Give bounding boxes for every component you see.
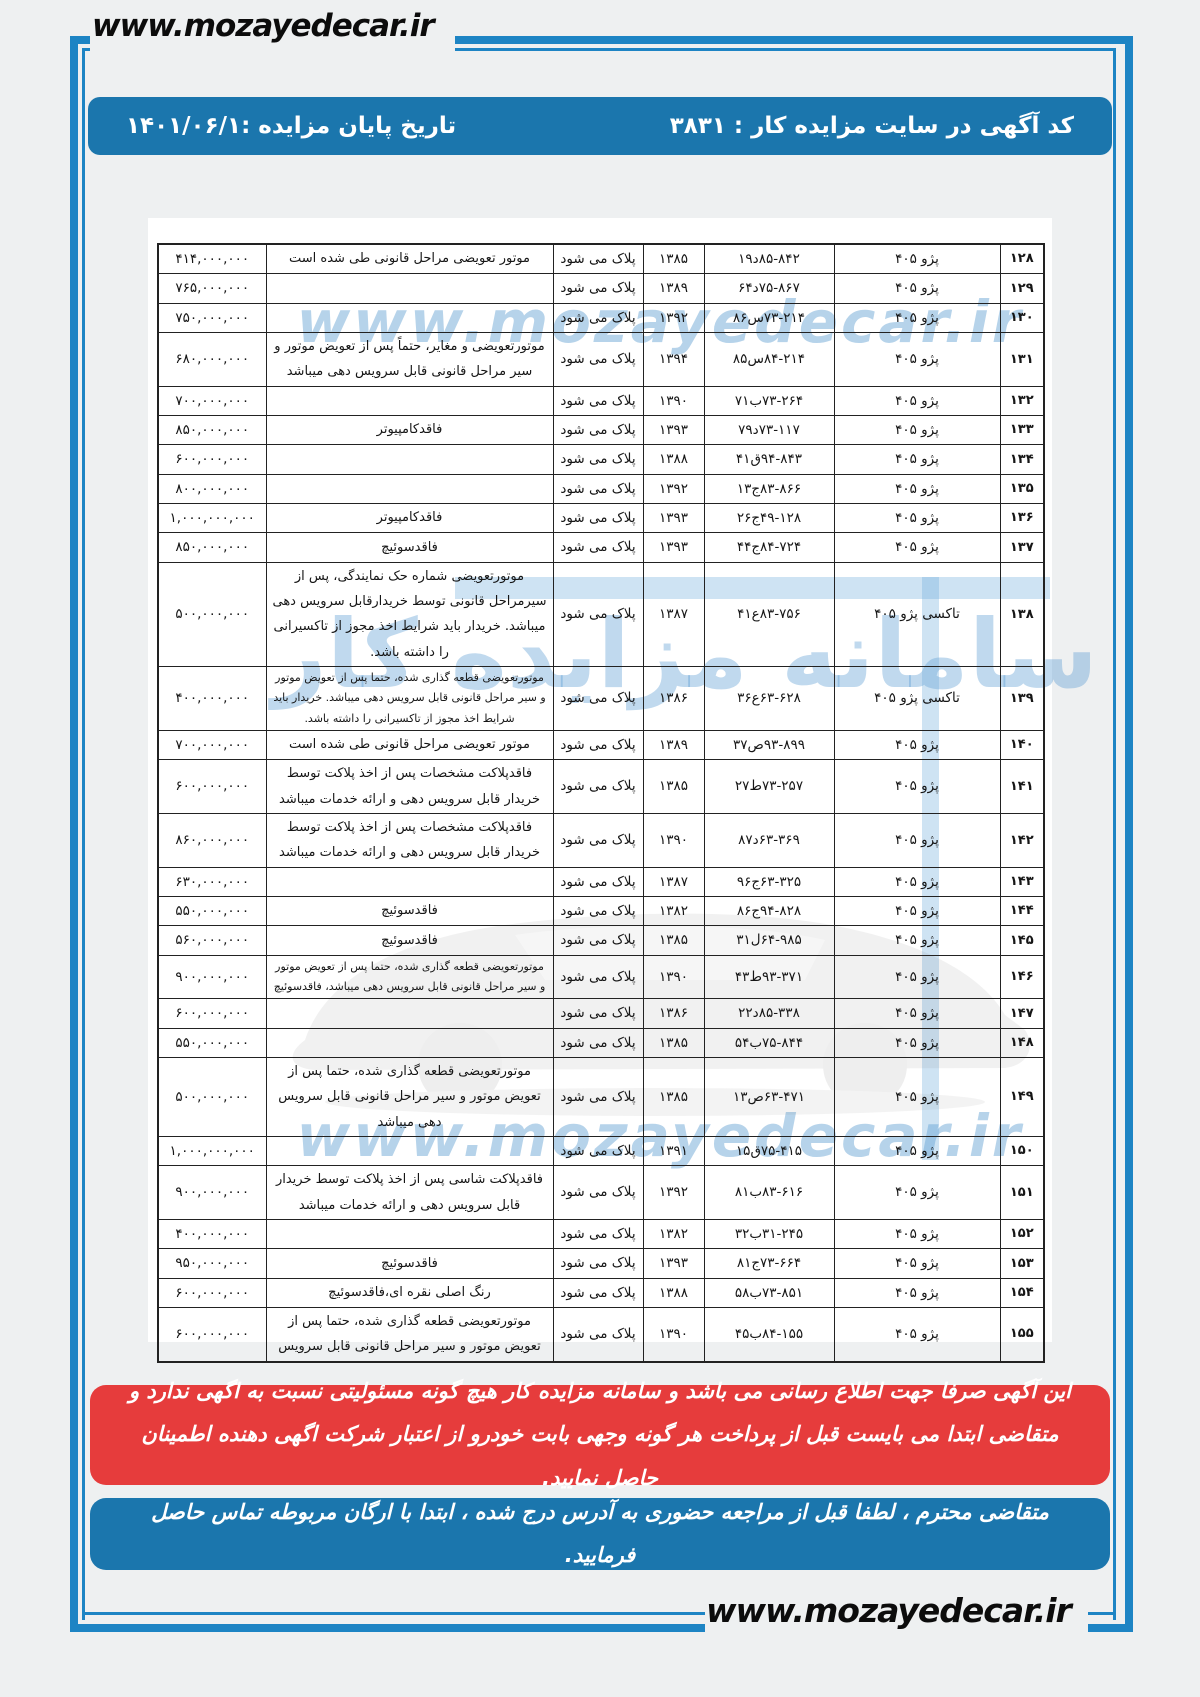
plate-status-cell: پلاک می شود <box>553 533 643 562</box>
plate-status-cell: پلاک می شود <box>553 503 643 532</box>
plate-cell: ۳۱-۲۴۵ب۳۲ <box>704 1219 834 1248</box>
plate-status-cell: پلاک می شود <box>553 867 643 896</box>
car-name-cell: پژو ۴۰۵ <box>834 999 1000 1028</box>
description-cell: موتورتعویضی قطعه گذاری شده، حتما پس از ت… <box>266 955 553 999</box>
car-name-cell: تاکسی پژو ۴۰۵ <box>834 562 1000 666</box>
year-cell: ۱۳۸۶ <box>643 999 704 1028</box>
description-cell <box>266 303 553 332</box>
car-name-cell: پژو ۴۰۵ <box>834 503 1000 532</box>
price-cell: ۸۰۰,۰۰۰,۰۰۰ <box>158 474 266 503</box>
row-number-cell: ۱۲۹ <box>1000 274 1044 303</box>
header-bar: کد آگهی در سایت مزایده کار : ۳۸۳۱ تاریخ … <box>88 97 1112 155</box>
price-cell: ۶۰۰,۰۰۰,۰۰۰ <box>158 1307 266 1361</box>
plate-cell: ۶۳-۶۲۸ع۳۶ <box>704 666 834 730</box>
plate-cell: ۷۳-۱۱۷د۷۹ <box>704 415 834 444</box>
car-name-cell: پژو ۴۰۵ <box>834 303 1000 332</box>
car-name-cell: پژو ۴۰۵ <box>834 244 1000 274</box>
description-cell <box>266 274 553 303</box>
flyer-page: www.mozayedecar.ir www.mozayedecar.ir کد… <box>0 0 1200 1697</box>
plate-status-cell: پلاک می شود <box>553 415 643 444</box>
plate-cell: ۸۴-۷۲۴ج۴۴ <box>704 533 834 562</box>
row-number-cell: ۱۳۹ <box>1000 666 1044 730</box>
plate-status-cell: پلاک می شود <box>553 1057 643 1136</box>
row-number-cell: ۱۴۴ <box>1000 896 1044 925</box>
description-cell: موتورتعویضی شماره حک نمایندگی، پس از سیر… <box>266 562 553 666</box>
table-row: ۱۵۵پژو ۴۰۵۸۴-۱۵۵ب۴۵۱۳۹۰پلاک می شودموتورت… <box>158 1307 1044 1361</box>
plate-cell: ۶۳-۳۶۹د۸۷ <box>704 813 834 867</box>
plate-status-cell: پلاک می شود <box>553 562 643 666</box>
table-row: ۱۲۸پژو ۴۰۵۸۵-۸۴۲د۱۹۱۳۸۵پلاک می شودموتور … <box>158 244 1044 274</box>
plate-status-cell: پلاک می شود <box>553 955 643 999</box>
plate-status-cell: پلاک می شود <box>553 666 643 730</box>
plate-cell: ۷۳-۲۱۴س۸۶ <box>704 303 834 332</box>
row-number-cell: ۱۴۵ <box>1000 926 1044 955</box>
row-number-cell: ۱۳۴ <box>1000 445 1044 474</box>
description-cell: فاقدپلاکت مشخصات پس از اخذ پلاکت توسط خر… <box>266 760 553 814</box>
row-number-cell: ۱۴۹ <box>1000 1057 1044 1136</box>
description-cell: فاقدکامپیوتر <box>266 503 553 532</box>
year-cell: ۱۳۹۳ <box>643 503 704 532</box>
row-number-cell: ۱۵۴ <box>1000 1278 1044 1307</box>
description-cell: فاقدسوئیچ <box>266 896 553 925</box>
year-cell: ۱۳۸۵ <box>643 1028 704 1057</box>
table-row: ۱۳۹تاکسی پژو ۴۰۵۶۳-۶۲۸ع۳۶۱۳۸۶پلاک می شود… <box>158 666 1044 730</box>
plate-cell: ۹۴-۸۲۸ج۸۶ <box>704 896 834 925</box>
price-cell: ۵۶۰,۰۰۰,۰۰۰ <box>158 926 266 955</box>
description-cell <box>266 1136 553 1165</box>
table-row: ۱۳۶پژو ۴۰۵۴۹-۱۲۸ج۲۶۱۳۹۳پلاک می شودفاقدکا… <box>158 503 1044 532</box>
car-name-cell: پژو ۴۰۵ <box>834 1166 1000 1220</box>
price-cell: ۸۵۰,۰۰۰,۰۰۰ <box>158 533 266 562</box>
row-number-cell: ۱۵۵ <box>1000 1307 1044 1361</box>
plate-status-cell: پلاک می شود <box>553 896 643 925</box>
price-cell: ۷۵۰,۰۰۰,۰۰۰ <box>158 303 266 332</box>
price-cell: ۶۳۰,۰۰۰,۰۰۰ <box>158 867 266 896</box>
table-row: ۱۴۷پژو ۴۰۵۸۵-۳۳۸د۲۲۱۳۸۶پلاک می شود۶۰۰,۰۰… <box>158 999 1044 1028</box>
row-number-cell: ۱۴۲ <box>1000 813 1044 867</box>
table-row: ۱۵۰پژو ۴۰۵۷۵-۴۱۵ق۱۵۱۳۹۱پلاک می شود۱,۰۰۰,… <box>158 1136 1044 1165</box>
row-number-cell: ۱۴۷ <box>1000 999 1044 1028</box>
row-number-cell: ۱۳۸ <box>1000 562 1044 666</box>
car-name-cell: پژو ۴۰۵ <box>834 415 1000 444</box>
site-url-top: www.mozayedecar.ir <box>92 8 434 44</box>
year-cell: ۱۳۸۸ <box>643 1278 704 1307</box>
car-name-cell: پژو ۴۰۵ <box>834 474 1000 503</box>
frame-top-thin-stub <box>82 48 90 51</box>
car-name-cell: پژو ۴۰۵ <box>834 1136 1000 1165</box>
disclaimer-notice: این آگهی صرفا جهت اطلاع رسانی می باشد و … <box>90 1385 1110 1485</box>
table-row: ۱۴۰پژو ۴۰۵۹۳-۸۹۹ص۳۷۱۳۸۹پلاک می شودموتور … <box>158 730 1044 759</box>
plate-cell: ۴۹-۱۲۸ج۲۶ <box>704 503 834 532</box>
plate-cell: ۷۵-۴۱۵ق۱۵ <box>704 1136 834 1165</box>
year-cell: ۱۳۸۸ <box>643 445 704 474</box>
year-cell: ۱۳۸۵ <box>643 760 704 814</box>
plate-cell: ۸۳-۸۶۶ج۱۳ <box>704 474 834 503</box>
table-row: ۱۴۹پژو ۴۰۵۶۳-۴۷۱ص۱۳۱۳۸۵پلاک می شودموتورت… <box>158 1057 1044 1136</box>
year-cell: ۱۳۹۲ <box>643 303 704 332</box>
price-cell: ۸۶۰,۰۰۰,۰۰۰ <box>158 813 266 867</box>
year-cell: ۱۳۸۹ <box>643 730 704 759</box>
table-row: ۱۲۹پژو ۴۰۵۷۵-۸۶۷د۶۴۱۳۸۹پلاک می شود۷۶۵,۰۰… <box>158 274 1044 303</box>
price-cell: ۴۰۰,۰۰۰,۰۰۰ <box>158 666 266 730</box>
description-cell: موتورتعویضی قطعه گذاری شده، حتما پس از ت… <box>266 666 553 730</box>
table-row: ۱۵۳پژو ۴۰۵۷۳-۶۶۴ج۸۱۱۳۹۳پلاک می شودفاقدسو… <box>158 1249 1044 1278</box>
plate-cell: ۹۳-۸۹۹ص۳۷ <box>704 730 834 759</box>
table-row: ۱۵۱پژو ۴۰۵۸۳-۶۱۶ب۸۱۱۳۹۲پلاک می شودفاقدپل… <box>158 1166 1044 1220</box>
year-cell: ۱۳۹۰ <box>643 955 704 999</box>
year-cell: ۱۳۸۵ <box>643 1057 704 1136</box>
contact-notice: متقاضی محترم ، لطفا قبل از مراجعه حضوری … <box>90 1498 1110 1570</box>
frame-top-thin-line <box>455 48 1116 51</box>
description-cell: فاقدپلاکت شاسی پس از اخذ پلاکت توسط خرید… <box>266 1166 553 1220</box>
plate-status-cell: پلاک می شود <box>553 386 643 415</box>
description-cell <box>266 999 553 1028</box>
car-name-cell: پژو ۴۰۵ <box>834 1278 1000 1307</box>
row-number-cell: ۱۵۳ <box>1000 1249 1044 1278</box>
car-name-cell: پژو ۴۰۵ <box>834 955 1000 999</box>
description-cell <box>266 445 553 474</box>
car-name-cell: پژو ۴۰۵ <box>834 332 1000 386</box>
plate-status-cell: پلاک می شود <box>553 332 643 386</box>
row-number-cell: ۱۴۰ <box>1000 730 1044 759</box>
price-cell: ۶۰۰,۰۰۰,۰۰۰ <box>158 999 266 1028</box>
car-name-cell: پژو ۴۰۵ <box>834 1219 1000 1248</box>
plate-status-cell: پلاک می شود <box>553 1249 643 1278</box>
table-row: ۱۴۵پژو ۴۰۵۶۴-۹۸۵ل۳۱۱۳۸۵پلاک می شودفاقدسو… <box>158 926 1044 955</box>
table-row: ۱۳۵پژو ۴۰۵۸۳-۸۶۶ج۱۳۱۳۹۲پلاک می شود۸۰۰,۰۰… <box>158 474 1044 503</box>
year-cell: ۱۳۹۳ <box>643 1249 704 1278</box>
frame-right-thin-line <box>1113 48 1116 1620</box>
plate-cell: ۷۳-۸۵۱ب۵۸ <box>704 1278 834 1307</box>
table-row: ۱۳۴پژو ۴۰۵۹۴-۸۴۳ق۴۱۱۳۸۸پلاک می شود۶۰۰,۰۰… <box>158 445 1044 474</box>
car-name-cell: پژو ۴۰۵ <box>834 760 1000 814</box>
plate-status-cell: پلاک می شود <box>553 274 643 303</box>
car-name-cell: پژو ۴۰۵ <box>834 730 1000 759</box>
table-row: ۱۳۱پژو ۴۰۵۸۴-۲۱۴س۸۵۱۳۹۴پلاک می شودموتورت… <box>158 332 1044 386</box>
ad-code-label: کد آگهی در سایت مزایده کار : ۳۸۳۱ <box>670 113 1074 139</box>
year-cell: ۱۳۹۲ <box>643 1166 704 1220</box>
row-number-cell: ۱۴۱ <box>1000 760 1044 814</box>
table-row: ۱۵۲پژو ۴۰۵۳۱-۲۴۵ب۳۲۱۳۸۲پلاک می شود۴۰۰,۰۰… <box>158 1219 1044 1248</box>
price-cell: ۶۰۰,۰۰۰,۰۰۰ <box>158 1278 266 1307</box>
description-cell: موتور تعویضی مراحل قانونی طی شده است <box>266 730 553 759</box>
price-cell: ۵۰۰,۰۰۰,۰۰۰ <box>158 1057 266 1136</box>
plate-status-cell: پلاک می شود <box>553 926 643 955</box>
frame-top-thick-stub <box>70 36 90 44</box>
description-cell <box>266 867 553 896</box>
plate-status-cell: پلاک می شود <box>553 1278 643 1307</box>
year-cell: ۱۳۸۵ <box>643 244 704 274</box>
car-name-cell: پژو ۴۰۵ <box>834 1028 1000 1057</box>
description-cell: فاقدسوئیچ <box>266 1249 553 1278</box>
table-row: ۱۴۴پژو ۴۰۵۹۴-۸۲۸ج۸۶۱۳۸۲پلاک می شودفاقدسو… <box>158 896 1044 925</box>
table-row: ۱۵۴پژو ۴۰۵۷۳-۸۵۱ب۵۸۱۳۸۸پلاک می شودرنگ اص… <box>158 1278 1044 1307</box>
car-name-cell: پژو ۴۰۵ <box>834 813 1000 867</box>
price-cell: ۶۰۰,۰۰۰,۰۰۰ <box>158 760 266 814</box>
row-number-cell: ۱۳۷ <box>1000 533 1044 562</box>
plate-cell: ۸۳-۶۱۶ب۸۱ <box>704 1166 834 1220</box>
plate-cell: ۷۳-۶۶۴ج۸۱ <box>704 1249 834 1278</box>
car-name-cell: پژو ۴۰۵ <box>834 867 1000 896</box>
price-cell: ۴۱۴,۰۰۰,۰۰۰ <box>158 244 266 274</box>
price-cell: ۶۸۰,۰۰۰,۰۰۰ <box>158 332 266 386</box>
year-cell: ۱۳۸۲ <box>643 1219 704 1248</box>
frame-bottom-thick-line <box>70 1624 705 1632</box>
car-name-cell: پژو ۴۰۵ <box>834 1057 1000 1136</box>
description-cell: موتورتعویضی قطعه گذاری شده، حتما پس از ت… <box>266 1057 553 1136</box>
price-cell: ۴۰۰,۰۰۰,۰۰۰ <box>158 1219 266 1248</box>
price-cell: ۶۰۰,۰۰۰,۰۰۰ <box>158 445 266 474</box>
year-cell: ۱۳۸۵ <box>643 926 704 955</box>
table-row: ۱۴۱پژو ۴۰۵۷۳-۲۵۷ط۲۷۱۳۸۵پلاک می شودفاقدپل… <box>158 760 1044 814</box>
table-row: ۱۴۸پژو ۴۰۵۷۵-۸۴۴ب۵۴۱۳۸۵پلاک می شود۵۵۰,۰۰… <box>158 1028 1044 1057</box>
car-name-cell: پژو ۴۰۵ <box>834 1307 1000 1361</box>
description-cell: فاقدکامپیوتر <box>266 415 553 444</box>
contact-text: متقاضی محترم ، لطفا قبل از مراجعه حضوری … <box>116 1491 1084 1577</box>
frame-left-thick-line <box>70 36 78 1632</box>
plate-status-cell: پلاک می شود <box>553 244 643 274</box>
plate-status-cell: پلاک می شود <box>553 813 643 867</box>
price-cell: ۷۶۵,۰۰۰,۰۰۰ <box>158 274 266 303</box>
table-row: ۱۳۰پژو ۴۰۵۷۳-۲۱۴س۸۶۱۳۹۲پلاک می شود۷۵۰,۰۰… <box>158 303 1044 332</box>
table-body: ۱۲۸پژو ۴۰۵۸۵-۸۴۲د۱۹۱۳۸۵پلاک می شودموتور … <box>158 244 1044 1362</box>
price-cell: ۷۰۰,۰۰۰,۰۰۰ <box>158 730 266 759</box>
plate-status-cell: پلاک می شود <box>553 1166 643 1220</box>
car-name-cell: پژو ۴۰۵ <box>834 896 1000 925</box>
description-cell: فاقدسوئیچ <box>266 533 553 562</box>
car-name-cell: تاکسی پژو ۴۰۵ <box>834 666 1000 730</box>
description-cell: موتورتعویضی و مغایر، حتماً پس از تعویض م… <box>266 332 553 386</box>
year-cell: ۱۳۹۰ <box>643 813 704 867</box>
table-row: ۱۳۳پژو ۴۰۵۷۳-۱۱۷د۷۹۱۳۹۳پلاک می شودفاقدکا… <box>158 415 1044 444</box>
year-cell: ۱۳۸۶ <box>643 666 704 730</box>
price-cell: ۹۵۰,۰۰۰,۰۰۰ <box>158 1249 266 1278</box>
plate-status-cell: پلاک می شود <box>553 760 643 814</box>
price-cell: ۹۰۰,۰۰۰,۰۰۰ <box>158 955 266 999</box>
table-row: ۱۳۲پژو ۴۰۵۷۳-۲۶۴ب۷۱۱۳۹۰پلاک می شود۷۰۰,۰۰… <box>158 386 1044 415</box>
year-cell: ۱۳۹۱ <box>643 1136 704 1165</box>
year-cell: ۱۳۸۷ <box>643 867 704 896</box>
description-cell <box>266 1219 553 1248</box>
table-row: ۱۴۶پژو ۴۰۵۹۳-۳۷۱ط۴۳۱۳۹۰پلاک می شودموتورت… <box>158 955 1044 999</box>
description-cell <box>266 1028 553 1057</box>
year-cell: ۱۳۸۲ <box>643 896 704 925</box>
row-number-cell: ۱۳۵ <box>1000 474 1044 503</box>
end-date-label: تاریخ پایان مزایده :۱۴۰۱/۰۶/۱ <box>126 113 456 139</box>
plate-cell: ۶۴-۹۸۵ل۳۱ <box>704 926 834 955</box>
plate-status-cell: پلاک می شود <box>553 1307 643 1361</box>
year-cell: ۱۳۹۰ <box>643 1307 704 1361</box>
price-cell: ۱,۰۰۰,۰۰۰,۰۰۰ <box>158 1136 266 1165</box>
year-cell: ۱۳۹۳ <box>643 415 704 444</box>
row-number-cell: ۱۴۶ <box>1000 955 1044 999</box>
description-cell: رنگ اصلی نقره ای،فاقدسوئیچ <box>266 1278 553 1307</box>
plate-cell: ۸۴-۱۵۵ب۴۵ <box>704 1307 834 1361</box>
price-cell: ۵۰۰,۰۰۰,۰۰۰ <box>158 562 266 666</box>
price-cell: ۸۵۰,۰۰۰,۰۰۰ <box>158 415 266 444</box>
table-row: ۱۴۳پژو ۴۰۵۶۳-۳۲۵ج۹۶۱۳۸۷پلاک می شود۶۳۰,۰۰… <box>158 867 1044 896</box>
year-cell: ۱۳۸۷ <box>643 562 704 666</box>
plate-status-cell: پلاک می شود <box>553 999 643 1028</box>
description-cell <box>266 474 553 503</box>
frame-left-thin-line <box>82 48 85 1620</box>
plate-cell: ۶۳-۴۷۱ص۱۳ <box>704 1057 834 1136</box>
plate-status-cell: پلاک می شود <box>553 445 643 474</box>
plate-status-cell: پلاک می شود <box>553 730 643 759</box>
row-number-cell: ۱۵۱ <box>1000 1166 1044 1220</box>
table-row: ۱۴۲پژو ۴۰۵۶۳-۳۶۹د۸۷۱۳۹۰پلاک می شودفاقدپل… <box>158 813 1044 867</box>
plate-cell: ۸۴-۲۱۴س۸۵ <box>704 332 834 386</box>
price-cell: ۵۵۰,۰۰۰,۰۰۰ <box>158 1028 266 1057</box>
frame-bottom-thin-line <box>82 1612 705 1615</box>
row-number-cell: ۱۵۰ <box>1000 1136 1044 1165</box>
description-cell: فاقدسوئیچ <box>266 926 553 955</box>
row-number-cell: ۱۳۰ <box>1000 303 1044 332</box>
row-number-cell: ۱۴۸ <box>1000 1028 1044 1057</box>
price-cell: ۹۰۰,۰۰۰,۰۰۰ <box>158 1166 266 1220</box>
plate-cell: ۷۵-۸۴۴ب۵۴ <box>704 1028 834 1057</box>
frame-right-thick-line <box>1125 36 1133 1632</box>
price-cell: ۱,۰۰۰,۰۰۰,۰۰۰ <box>158 503 266 532</box>
description-cell: موتور تعویضی مراحل قانونی طی شده است <box>266 244 553 274</box>
disclaimer-text: این آگهی صرفا جهت اطلاع رسانی می باشد و … <box>116 1370 1084 1499</box>
year-cell: ۱۳۹۳ <box>643 533 704 562</box>
year-cell: ۱۳۹۰ <box>643 386 704 415</box>
row-number-cell: ۱۳۶ <box>1000 503 1044 532</box>
car-name-cell: پژو ۴۰۵ <box>834 1249 1000 1278</box>
row-number-cell: ۱۴۳ <box>1000 867 1044 896</box>
frame-bottom-thin-stub <box>1088 1612 1116 1615</box>
vehicle-table: ۱۲۸پژو ۴۰۵۸۵-۸۴۲د۱۹۱۳۸۵پلاک می شودموتور … <box>157 243 1045 1363</box>
plate-cell: ۸۵-۳۳۸د۲۲ <box>704 999 834 1028</box>
plate-cell: ۸۵-۸۴۲د۱۹ <box>704 244 834 274</box>
row-number-cell: ۱۳۳ <box>1000 415 1044 444</box>
plate-status-cell: پلاک می شود <box>553 474 643 503</box>
price-cell: ۵۵۰,۰۰۰,۰۰۰ <box>158 896 266 925</box>
description-cell <box>266 386 553 415</box>
plate-cell: ۶۳-۳۲۵ج۹۶ <box>704 867 834 896</box>
table-row: ۱۳۸تاکسی پژو ۴۰۵۸۳-۷۵۶ع۴۱۱۳۸۷پلاک می شود… <box>158 562 1044 666</box>
plate-status-cell: پلاک می شود <box>553 1219 643 1248</box>
frame-bottom-thick-stub <box>1088 1624 1133 1632</box>
plate-cell: ۹۳-۳۷۱ط۴۳ <box>704 955 834 999</box>
plate-status-cell: پلاک می شود <box>553 1028 643 1057</box>
plate-cell: ۷۵-۸۶۷د۶۴ <box>704 274 834 303</box>
row-number-cell: ۱۳۱ <box>1000 332 1044 386</box>
site-url-bottom: www.mozayedecar.ir <box>706 1591 1071 1630</box>
plate-cell: ۸۳-۷۵۶ع۴۱ <box>704 562 834 666</box>
plate-status-cell: پلاک می شود <box>553 1136 643 1165</box>
plate-cell: ۷۳-۲۶۴ب۷۱ <box>704 386 834 415</box>
plate-cell: ۷۳-۲۵۷ط۲۷ <box>704 760 834 814</box>
description-cell: موتورتعویضی قطعه گذاری شده، حتما پس از ت… <box>266 1307 553 1361</box>
row-number-cell: ۱۵۲ <box>1000 1219 1044 1248</box>
year-cell: ۱۳۹۴ <box>643 332 704 386</box>
car-name-cell: پژو ۴۰۵ <box>834 445 1000 474</box>
car-name-cell: پژو ۴۰۵ <box>834 533 1000 562</box>
car-name-cell: پژو ۴۰۵ <box>834 386 1000 415</box>
car-name-cell: پژو ۴۰۵ <box>834 274 1000 303</box>
plate-status-cell: پلاک می شود <box>553 303 643 332</box>
frame-top-thick-line <box>455 36 1133 44</box>
year-cell: ۱۳۸۹ <box>643 274 704 303</box>
description-cell: فاقدپلاکت مشخصات پس از اخذ پلاکت توسط خر… <box>266 813 553 867</box>
car-name-cell: پژو ۴۰۵ <box>834 926 1000 955</box>
row-number-cell: ۱۳۲ <box>1000 386 1044 415</box>
row-number-cell: ۱۲۸ <box>1000 244 1044 274</box>
year-cell: ۱۳۹۲ <box>643 474 704 503</box>
table-row: ۱۳۷پژو ۴۰۵۸۴-۷۲۴ج۴۴۱۳۹۳پلاک می شودفاقدسو… <box>158 533 1044 562</box>
plate-cell: ۹۴-۸۴۳ق۴۱ <box>704 445 834 474</box>
price-cell: ۷۰۰,۰۰۰,۰۰۰ <box>158 386 266 415</box>
